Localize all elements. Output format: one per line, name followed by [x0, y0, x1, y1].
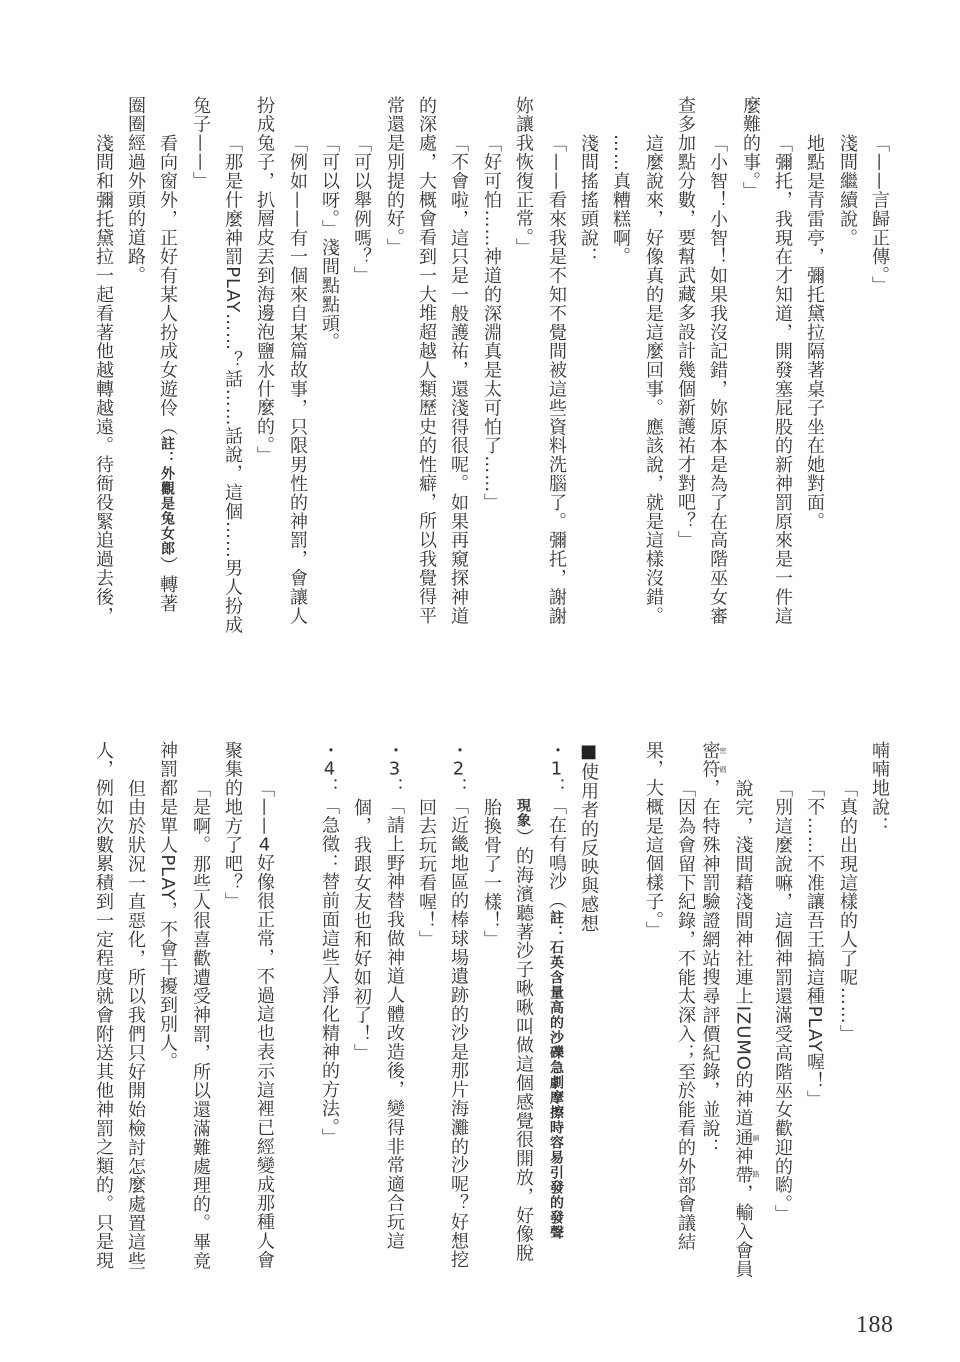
text-column: 「因為會留下紀錄，不能太深入；至於能看的外部會議結 [675, 779, 695, 1252]
text-column: 回去玩玩看喔！」 [416, 798, 436, 949]
list-number: 2 [448, 760, 469, 778]
dialogue-line: 常還是別提的好。」 [384, 96, 405, 257]
list-item-text: ：「在有鳴沙（ [546, 778, 567, 910]
ruby-annotated-term: 密符密碼 [700, 741, 721, 779]
text-column: 「好可怕……神道的深淵真是太可怕了……」 [481, 134, 501, 512]
text-column: 現象）的海濱聽著沙子啾啾叫做這個感覺很開放，好像脫 [513, 798, 533, 1263]
text-column: 兔子——」 [190, 96, 210, 191]
text-column: 「那是什麼神罰PLAY……？話……話說，這個……男人扮成 [222, 134, 242, 634]
text-column: 淺間搖搖頭說： [578, 134, 598, 266]
list-item-text: ：「近畿地區的棒球場遺跡的沙是那片海灘的沙呢？好想挖 [448, 778, 469, 1269]
ruby-base: 通神帶 [733, 1128, 754, 1185]
list-bullet: ・ [384, 741, 405, 760]
text-column: 這麼說來，好像真的是這麼回事。應該說，就是這樣沒錯。 [643, 134, 663, 625]
narration-line: ……真糟糕啊。 [610, 134, 631, 266]
text-column: 「——言歸正傳。」 [869, 134, 889, 295]
annotation-note: 註：石英含量高的沙礫急劇摩擦時容易引發的發聲 [548, 910, 564, 1240]
section-heading-text: 使用者的反映與感想 [578, 763, 599, 933]
narration-line: 圈圈經過外頭的道路。 [125, 96, 146, 285]
narration-line: 喃喃地說： [869, 741, 890, 836]
dialogue-line: 聚集的地方了吧？」 [222, 741, 243, 911]
text-column: 圈圈經過外頭的道路。 [125, 96, 145, 285]
dialogue-line: 好像很正常，不過這也表示這裡已經變成那種人會 [254, 854, 275, 1270]
dialogue-line: 「小智！小智！如果我沒記錯，妳原本是為了在高階巫女審 [707, 134, 728, 625]
list-number: 3 [384, 760, 405, 778]
ruby-base: 密符 [700, 741, 721, 779]
text-column: 淺間和彌托黛拉一起看著他越轉越遠。待衙役緊追過去後， [93, 134, 113, 625]
page-number: 188 [856, 1312, 894, 1339]
text-column: 「例如——有一個來自某篇故事，只限男性的神罰，會讓人 [287, 134, 307, 625]
dialogue-line: 「——看來我是不知不覺間被這些資料洗腦了。彌托，謝謝 [546, 134, 567, 625]
text-column: 果，大概是這個樣子。」 [643, 741, 663, 940]
text-column: 妳讓我恢復正常。」 [513, 96, 533, 257]
dialogue-line: 神罰都是單人PLAY，不會干擾到別人。 [157, 741, 178, 1071]
narration-line: ，在特殊神罰驗證網站搜尋評價紀錄，並說： [700, 779, 721, 1157]
text-column: 常還是別提的好。」 [384, 96, 404, 257]
item-number-reference: 4 [254, 836, 275, 854]
text-column: 神罰都是單人PLAY，不會干擾到別人。 [157, 741, 177, 1071]
list-item-text: 胎換骨了一樣！」 [481, 798, 502, 949]
annotation-note: 註：外觀是兔女郎 [159, 436, 175, 556]
dialogue-line: 「不……不准讓吾王搞這種PLAY喔！」 [804, 779, 825, 1109]
list-bullet: ・ [448, 741, 469, 760]
text-column: 聚集的地方了吧？」 [222, 741, 242, 911]
dialogue-line: 「是啊。那些人很喜歡遭受神罰，所以還滿難處理的。畢竟 [190, 779, 211, 1270]
dialogue-line: 麼難的事。」 [740, 96, 761, 200]
text-column: 「別這麼說嘛，這個神罰還滿受高階巫女歡迎的喲。」 [772, 779, 792, 1224]
list-item-text: 回去玩玩看喔！」 [416, 798, 437, 949]
text-column: 密符密碼，在特殊神罰驗證網站搜尋評價紀錄，並說： [707, 741, 727, 1157]
text-column: 「不會啦，這只是一般護祐，還淺得很呢。如果再窺探神道 [448, 134, 468, 625]
text-column: 「真的出現這樣的人了呢……」 [837, 779, 857, 1044]
narration-line: ，輸入會員 [733, 1184, 754, 1279]
text-column: 「可以舉例嗎？」 [351, 134, 371, 285]
text-column: 的深處，大概會看到一大堆超越人類歷史的性癖，所以我覺得平 [416, 96, 436, 625]
dialogue-line: 「因為會留下紀錄，不能太深入；至於能看的外部會議結 [675, 779, 696, 1252]
list-item-text: ：「請上野神替我做神道人體改造後，變得非常適合玩這 [384, 778, 405, 1251]
dialogue-line: 「例如——有一個來自某篇故事，只限男性的神罰，會讓人 [287, 134, 308, 625]
dialogue-line: 但由於狀況一直惡化，所以我們只好開始檢討怎麼處置這些 [125, 779, 146, 1270]
list-number: 4 [319, 760, 340, 778]
text-column: 胎換骨了一樣！」 [481, 798, 501, 949]
annotation-note: 現象 [515, 798, 531, 828]
dialogue-line: 「彌托，我現在才知道，開發塞屁股的新神罰原來是一件這 [772, 134, 793, 625]
text-column: 個，我跟女友也和好如初了！」 [351, 798, 371, 1063]
narration-line: ）轉著 [157, 556, 178, 613]
narration-line: 說完，淺間藉淺間神社連上IZUMO的神道 [733, 779, 754, 1128]
dialogue-line: 「不會啦，這只是一般護祐，還淺得很呢。如果再窺探神道 [448, 134, 469, 625]
text-column: 「彌托，我現在才知道，開發塞屁股的新神罰原來是一件這 [772, 134, 792, 625]
list-bullet: ・ [546, 741, 567, 760]
dialogue-line: 「好可怕……神道的深淵真是太可怕了……」 [481, 134, 502, 512]
list-bullet: ・ [319, 741, 340, 760]
text-column: 「——看來我是不知不覺間被這些資料洗腦了。彌托，謝謝 [546, 134, 566, 625]
narration-line: 這麼說來，好像真的是這麼回事。應該說，就是這樣沒錯。 [643, 134, 664, 625]
narration-line: 淺間和彌托黛拉一起看著他越轉越遠。待衙役緊追過去後， [93, 134, 114, 625]
dialogue-line: 查多加點分數，要幫武藏多設計幾個新護祐才對吧？」 [675, 96, 696, 550]
text-column: 麼難的事。」 [740, 96, 760, 200]
text-column: 說完，淺間藉淺間神社連上IZUMO的神道通神帶網路，輸入會員 [740, 779, 760, 1279]
dialogue-line: 「可以呀。」淺間點點頭。 [319, 134, 340, 352]
text-column: 淺間繼續說。 [837, 134, 857, 247]
text-column: 地點是青雷亭，彌托黛拉隔著桌子坐在她對面。 [804, 134, 824, 531]
square-bullet-icon: ■ [578, 741, 599, 763]
ruby-gloss: 密碼 [719, 741, 727, 779]
list-item: ・3：「請上野神替我做神道人體改造後，變得非常適合玩這 [384, 741, 404, 1250]
book-page: 「——言歸正傳。」 淺間繼續說。 地點是青雷亭，彌托黛拉隔著桌子坐在她對面。 「… [0, 0, 960, 1362]
dialogue-line: 兔子——」 [190, 96, 211, 191]
text-column: 「可以呀。」淺間點點頭。 [319, 134, 339, 352]
dialogue-line: 妳讓我恢復正常。」 [513, 96, 534, 257]
dialogue-line: 「——言歸正傳。」 [869, 134, 890, 295]
list-item-text: 個，我跟女友也和好如初了！」 [351, 798, 372, 1063]
dialogue-line: 「可以舉例嗎？」 [351, 134, 372, 285]
text-column: 扮成兔子，扒層皮丟到海邊泡鹽水什麼的。」 [254, 96, 274, 465]
narration-line: 淺間繼續說。 [837, 134, 858, 247]
dialogue-line: 的深處，大概會看到一大堆超越人類歷史的性癖，所以我覺得平 [416, 96, 437, 625]
text-column: 喃喃地說： [869, 741, 889, 836]
list-item-text: ）的海濱聽著沙子啾啾叫做這個感覺很開放，好像脫 [513, 828, 534, 1263]
text-column: 「不……不准讓吾王搞這種PLAY喔！」 [804, 779, 824, 1109]
text-column: 「小智！小智！如果我沒記錯，妳原本是為了在高階巫女審 [707, 134, 727, 625]
narration-line: 看向窗外，正好有某人扮成女遊伶（ [157, 134, 178, 436]
text-column: 查多加點分數，要幫武藏多設計幾個新護祐才對吧？」 [675, 96, 695, 550]
ruby-gloss: 網路 [752, 1128, 760, 1185]
text-column: 「——4好像很正常，不過這也表示這裡已經變成那種人會 [254, 779, 274, 1270]
dialogue-line: 果，大概是這個樣子。」 [643, 741, 664, 940]
text-column: 但由於狀況一直惡化，所以我們只好開始檢討怎麼處置這些 [125, 779, 145, 1270]
dialogue-line: 「那是什麼神罰PLAY……？話……話說，這個……男人扮成 [222, 134, 243, 634]
dialogue-line: 「真的出現這樣的人了呢……」 [837, 779, 858, 1044]
narration-line: 淺間搖搖頭說： [578, 134, 599, 266]
dialogue-line: 扮成兔子，扒層皮丟到海邊泡鹽水什麼的。」 [254, 96, 275, 465]
dialogue-line: 「別這麼說嘛，這個神罰還滿受高階巫女歡迎的喲。」 [772, 779, 793, 1224]
dialogue-line: 人，例如次數累積到一定程度就會附送其他神罰之類的。只是現 [93, 741, 114, 1270]
list-item: ・1：「在有鳴沙（註：石英含量高的沙礫急劇摩擦時容易引發的發聲 [546, 741, 566, 1240]
section-heading: ■使用者的反映與感想 [578, 741, 598, 933]
text-column: ……真糟糕啊。 [610, 134, 630, 266]
ruby-annotated-term: 通神帶網路 [733, 1128, 754, 1185]
narration-line: 地點是青雷亭，彌托黛拉隔著桌子坐在她對面。 [804, 134, 825, 531]
list-item: ・4：「急徵：替前面這些人淨化精神的方法。」 [319, 741, 339, 1147]
text-column: 看向窗外，正好有某人扮成女遊伶（註：外觀是兔女郎）轉著 [157, 134, 177, 613]
dialogue-line: 「—— [254, 779, 275, 836]
text-column: 人，例如次數累積到一定程度就會附送其他神罰之類的。只是現 [93, 741, 113, 1270]
list-item-text: ：「急徵：替前面這些人淨化精神的方法。」 [319, 778, 340, 1147]
text-column: 「是啊。那些人很喜歡遭受神罰，所以還滿難處理的。畢竟 [190, 779, 210, 1270]
list-number: 1 [546, 760, 567, 778]
list-item: ・2：「近畿地區的棒球場遺跡的沙是那片海灘的沙呢？好想挖 [448, 741, 468, 1269]
